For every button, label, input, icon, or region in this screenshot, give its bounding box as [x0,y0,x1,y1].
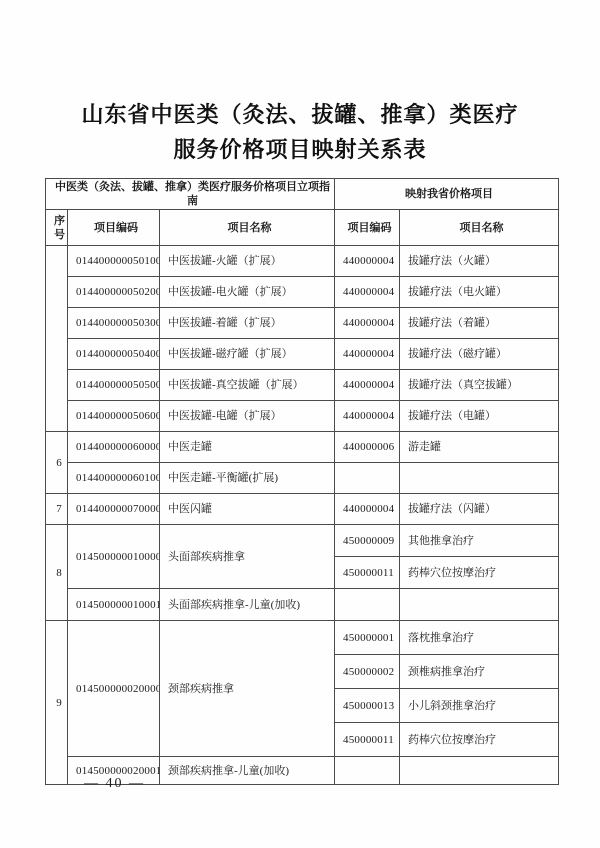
col-header-code-left: 项目编码 [68,210,160,246]
mapped-code-cell: 440000004 [335,494,400,525]
project-code-cell: 014400000050400 [68,339,160,370]
page-title-line2: 服务价格项目映射关系表 [0,132,600,167]
mapped-name-cell: 小儿斜颈推拿治疗 [400,689,559,723]
col-header-name-left: 项目名称 [160,210,335,246]
mapped-code-cell: 450000009 [335,525,400,557]
table-row: 6 014400000060000 中医走罐 440000006 游走罐 [46,432,559,463]
col-header-name-right: 项目名称 [400,210,559,246]
mapped-code-cell [335,463,400,494]
mapped-name-cell: 拔罐疗法（闪罐） [400,494,559,525]
mapped-code-cell: 450000011 [335,723,400,757]
mapped-code-cell [335,589,400,621]
table-row: 014400000060100 中医走罐-平衡罐(扩展) [46,463,559,494]
mapped-name-cell [400,757,559,785]
project-code-cell: 014400000060000 [68,432,160,463]
mapped-name-cell: 拔罐疗法（着罐） [400,308,559,339]
project-name-cell: 中医拔罐-火罐（扩展） [160,246,335,277]
mapped-code-cell [335,757,400,785]
page-title-line1: 山东省中医类（灸法、拔罐、推拿）类医疗 [0,97,600,132]
mapped-name-cell: 药棒穴位按摩治疗 [400,723,559,757]
mapped-code-cell: 440000004 [335,339,400,370]
seq-cell: 9 [46,621,68,785]
table-row: 014500000010001 头面部疾病推拿-儿童(加收) [46,589,559,621]
project-code-cell: 014400000050100 [68,246,160,277]
project-name-cell: 中医拔罐-电罐（扩展） [160,401,335,432]
table-row: 014400000050600 中医拔罐-电罐（扩展） 440000004 拔罐… [46,401,559,432]
mapped-name-cell: 药棒穴位按摩治疗 [400,557,559,589]
project-name-cell: 头面部疾病推拿 [160,525,335,589]
project-name-cell: 中医拔罐-电火罐（扩展） [160,277,335,308]
mapped-name-cell [400,589,559,621]
mapped-code-cell: 450000001 [335,621,400,655]
mapped-code-cell: 440000004 [335,401,400,432]
project-name-cell: 中医拔罐-着罐（扩展） [160,308,335,339]
table-column-header-row: 序号 项目编码 项目名称 项目编码 项目名称 [46,210,559,246]
mapped-name-cell: 颈椎病推拿治疗 [400,655,559,689]
mapped-code-cell: 440000004 [335,370,400,401]
seq-cell [46,246,68,432]
table-row: 7 014400000070000 中医闪罐 440000004 拔罐疗法（闪罐… [46,494,559,525]
project-name-cell: 头面部疾病推拿-儿童(加收) [160,589,335,621]
project-code-cell: 014400000050200 [68,277,160,308]
seq-cell: 7 [46,494,68,525]
table-row: 9 014500000020000 颈部疾病推拿 450000001 落枕推拿治… [46,621,559,655]
project-code-cell: 014400000060100 [68,463,160,494]
table-row: 014400000050400 中医拔罐-磁疗罐（扩展） 440000004 拔… [46,339,559,370]
mapped-name-cell [400,463,559,494]
project-code-cell: 014400000050300 [68,308,160,339]
project-code-cell: 014500000010000 [68,525,160,589]
col-header-code-right: 项目编码 [335,210,400,246]
project-code-cell: 014500000010001 [68,589,160,621]
project-name-cell: 中医走罐-平衡罐(扩展) [160,463,335,494]
table-group-header-row: 中医类（灸法、拔罐、推拿）类医疗服务价格项目立项指南 映射我省价格项目 [46,179,559,210]
left-group-header: 中医类（灸法、拔罐、推拿）类医疗服务价格项目立项指南 [46,179,335,210]
project-code-cell: 014400000070000 [68,494,160,525]
col-header-seq: 序号 [46,210,68,246]
project-name-cell: 中医走罐 [160,432,335,463]
mapped-code-cell: 440000004 [335,308,400,339]
table-row: 8 014500000010000 头面部疾病推拿 450000009 其他推拿… [46,525,559,557]
table-row: 014400000050500 中医拔罐-真空拔罐（扩展） 440000004 … [46,370,559,401]
project-name-cell: 中医拔罐-磁疗罐（扩展） [160,339,335,370]
mapped-name-cell: 拔罐疗法（火罐） [400,246,559,277]
project-code-cell: 014500000020000 [68,621,160,757]
page-title: 山东省中医类（灸法、拔罐、推拿）类医疗 服务价格项目映射关系表 [0,97,600,167]
table-row: 014400000050100 中医拔罐-火罐（扩展） 440000004 拔罐… [46,246,559,277]
right-group-header: 映射我省价格项目 [335,179,559,210]
mapped-code-cell: 440000004 [335,277,400,308]
project-code-cell: 014400000050600 [68,401,160,432]
mapping-table: 中医类（灸法、拔罐、推拿）类医疗服务价格项目立项指南 映射我省价格项目 序号 项… [45,178,559,785]
seq-cell: 6 [46,432,68,494]
mapped-code-cell: 450000002 [335,655,400,689]
project-name-cell: 中医闪罐 [160,494,335,525]
mapped-name-cell: 拔罐疗法（电罐） [400,401,559,432]
project-code-cell: 014400000050500 [68,370,160,401]
mapped-name-cell: 游走罐 [400,432,559,463]
project-name-cell: 颈部疾病推拿 [160,621,335,757]
mapped-name-cell: 拔罐疗法（电火罐） [400,277,559,308]
page-number: — 40 — [84,776,145,792]
mapped-name-cell: 拔罐疗法（真空拔罐） [400,370,559,401]
mapped-code-cell: 450000011 [335,557,400,589]
table-row: 014400000050300 中医拔罐-着罐（扩展） 440000004 拔罐… [46,308,559,339]
mapped-code-cell: 440000004 [335,246,400,277]
document-page: 山东省中医类（灸法、拔罐、推拿）类医疗 服务价格项目映射关系表 中医类（灸法、拔… [0,0,600,848]
mapped-code-cell: 440000006 [335,432,400,463]
project-name-cell: 中医拔罐-真空拔罐（扩展） [160,370,335,401]
mapped-code-cell: 450000013 [335,689,400,723]
project-name-cell: 颈部疾病推拿-儿童(加收) [160,757,335,785]
seq-cell: 8 [46,525,68,621]
mapped-name-cell: 其他推拿治疗 [400,525,559,557]
mapped-name-cell: 拔罐疗法（磁疗罐） [400,339,559,370]
table-row: 014400000050200 中医拔罐-电火罐（扩展） 440000004 拔… [46,277,559,308]
mapped-name-cell: 落枕推拿治疗 [400,621,559,655]
